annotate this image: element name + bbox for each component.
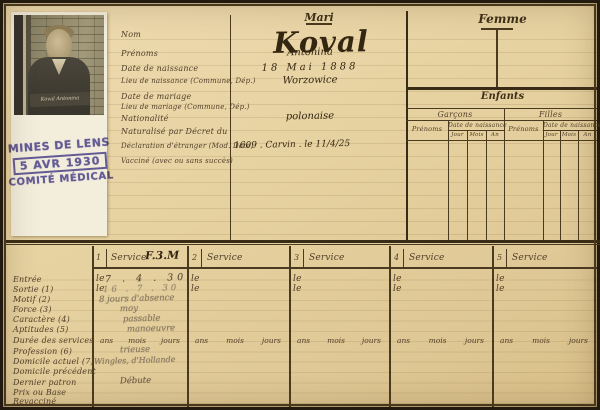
field-value-declaration: 1609 . Carvin . le 11/4/25 [234, 139, 350, 151]
unit-mois: mois [128, 336, 146, 345]
row-label-prix-ou-base: Prix ou Base [13, 388, 66, 397]
service1-dernier-patron-value: Débute [120, 376, 151, 387]
unit-jours: jours [362, 336, 381, 345]
le-prompt: le [191, 284, 200, 294]
grid-line [92, 267, 597, 269]
field-value-lieu-naissance: Worzowice [235, 74, 385, 88]
service-col-number: 5 [497, 253, 502, 262]
grid-line [6, 244, 600, 245]
photo: Koval Antonina [11, 12, 107, 236]
field-label-vaccine: Vacciné (avec ou sans succès) [121, 157, 233, 165]
duree-units: ansmoisjours [100, 336, 180, 345]
unit-mois: mois [226, 336, 244, 345]
grid-line [406, 108, 597, 109]
enfants-title: Enfants [408, 91, 597, 102]
row-label-force: Force (3) [13, 305, 52, 314]
enfants-date-header: Date de naissance [448, 122, 505, 129]
enfants-an-header: An [486, 132, 504, 138]
grid-line [303, 249, 304, 267]
service-col-header: Service [207, 253, 243, 263]
grid-line [289, 246, 291, 407]
femme-title: Femme [408, 12, 597, 26]
grid-line [496, 29, 498, 87]
unit-mois: mois [429, 336, 447, 345]
le-prompt: le [496, 284, 505, 294]
grid-line [492, 246, 494, 407]
service-col-header: Service [409, 253, 445, 263]
photo-image: Koval Antonina [14, 15, 104, 115]
service1-aptitudes-value: manoeuvre [127, 323, 175, 334]
grid-line [578, 130, 579, 240]
service-col-number: 4 [394, 253, 399, 262]
unit-jours: jours [569, 336, 588, 345]
enfants-an-header: An [578, 132, 597, 138]
grid-line [467, 130, 468, 240]
grid-line [187, 246, 189, 407]
unit-jours: jours [161, 336, 180, 345]
le-prompt: le [393, 284, 402, 294]
enfants-jour-header: Jour [448, 132, 467, 138]
field-value-date-naissance: 18 Mai 1888 [235, 61, 385, 75]
service-col-header: Service [512, 253, 548, 263]
service1-annotation: F.3.M [145, 249, 179, 263]
record-card: Mari Koval Nom Prénoms Date de naissance… [0, 0, 600, 410]
grid-line [448, 130, 505, 131]
grid-line [560, 130, 561, 240]
unit-ans: ans [500, 336, 513, 345]
grid-line [403, 249, 404, 267]
grid-line [543, 120, 544, 240]
service1-domicile-actuel-value: Wingles, d'Hollande [94, 355, 176, 366]
grid-line [92, 246, 94, 407]
row-label-sortie: Sortie (1) [13, 285, 54, 294]
service-col-header: Service [111, 253, 147, 263]
enfants-garcons-header: Garçons [406, 110, 504, 119]
duree-units: ansmoisjours [500, 336, 588, 345]
enfants-prenoms-header: Prénoms [504, 125, 543, 133]
le-prompt: le [293, 274, 302, 284]
grid-line [506, 249, 507, 267]
grid-line [406, 87, 597, 90]
field-label-nom: Nom [121, 30, 141, 39]
enfants-mois-header: Mois [467, 132, 486, 138]
mari-title: Mari [231, 11, 407, 24]
row-label-domicile-actuel: Domicile actuel (7) [13, 357, 94, 366]
field-label-nationalite: Nationalité [121, 114, 169, 123]
service1-force-value: moy [120, 304, 138, 314]
le-prompt: le [496, 274, 505, 284]
grid-line [106, 249, 107, 267]
service-col-number: 3 [294, 253, 299, 262]
unit-ans: ans [195, 336, 208, 345]
grid-line [201, 249, 202, 267]
enfants-date-header: Date de naissance [543, 122, 597, 129]
row-label-caractere: Caractère (4) [13, 315, 70, 324]
grid-line [406, 120, 597, 121]
row-label-aptitudes: Aptitudes (5) [13, 325, 68, 334]
row-label-revaccine: Revacciné [13, 397, 56, 406]
duree-units: ansmoisjours [297, 336, 381, 345]
grid-line [486, 130, 487, 240]
service1-caractere-value: passable [123, 314, 161, 325]
unit-mois: mois [532, 336, 550, 345]
duree-units: ansmoisjours [195, 336, 281, 345]
service-col-number: 1 [96, 253, 101, 262]
unit-mois: mois [327, 336, 345, 345]
service1-profession-value: trieuse [120, 345, 150, 356]
enfants-prenoms-header: Prénoms [406, 125, 448, 133]
le-prompt: le [293, 284, 302, 294]
row-label-duree: Durée des services [13, 336, 94, 345]
unit-ans: ans [100, 336, 113, 345]
field-label-date-mariage: Date de mariage [121, 92, 191, 101]
unit-ans: ans [397, 336, 410, 345]
grid-line [389, 246, 391, 407]
field-value-nationalite: polonaise [235, 110, 385, 124]
enfants-mois-header: Mois [560, 132, 578, 138]
unit-ans: ans [297, 336, 310, 345]
photo-name-sign: Koval Antonina [30, 92, 90, 107]
grid-line [543, 130, 597, 131]
row-label-profession: Profession (6) [13, 347, 72, 356]
row-label-entree: Entrée [13, 275, 42, 284]
unit-jours: jours [262, 336, 281, 345]
field-label-prenoms: Prénoms [121, 49, 158, 58]
row-label-dernier-patron: Dernier patron [13, 378, 76, 387]
row-label-domicile-precedent: Domicile précédent [13, 367, 96, 376]
service-col-number: 2 [192, 253, 197, 262]
field-label-naturalise: Naturalisé par Décret du [121, 127, 228, 136]
le-prompt: le [96, 274, 105, 284]
grid-line [448, 120, 449, 240]
grid-line [406, 140, 597, 141]
service-col-header: Service [309, 253, 345, 263]
medical-committee-stamp: MINES DE LENS 5 AVR 1930 COMITÉ MÉDICAL [5, 135, 116, 188]
row-label-motif: Motif (2) [13, 295, 50, 304]
le-prompt: le [393, 274, 402, 284]
duree-units: ansmoisjours [397, 336, 484, 345]
grid-line [6, 240, 600, 243]
field-label-lieu-mariage: Lieu de mariage (Commune, Dép.) [121, 103, 250, 111]
unit-jours: jours [465, 336, 484, 345]
field-label-date-naissance: Date de naissance [121, 64, 198, 73]
le-prompt: le [191, 274, 200, 284]
grid-line [230, 15, 231, 240]
enfants-filles-header: Filles [504, 110, 597, 119]
enfants-jour-header: Jour [543, 132, 560, 138]
